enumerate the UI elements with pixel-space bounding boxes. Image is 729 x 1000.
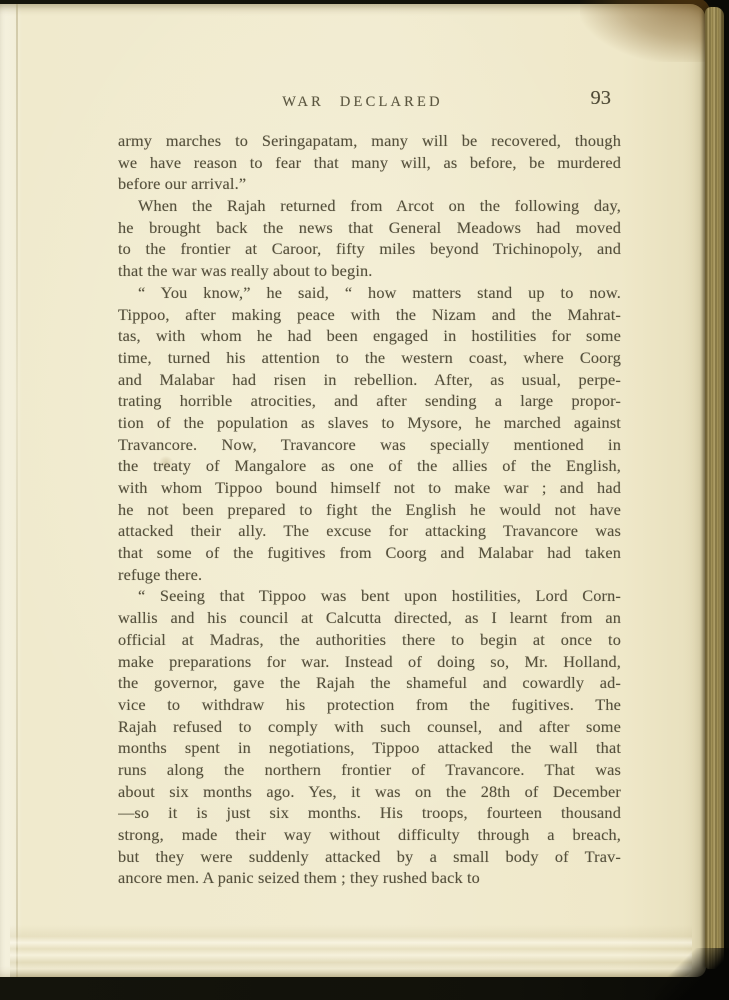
body-text: army marches to Seringapatam, many will …: [118, 130, 621, 889]
text-line: the treaty of Mangalore as one of the al…: [118, 455, 621, 477]
text-line: tion of the population as slaves to Myso…: [118, 412, 621, 434]
text-line: refuge there.: [118, 564, 621, 586]
text-line: Tippoo, after making peace with the Niza…: [118, 304, 621, 326]
text-line: runs along the northern frontier of Trav…: [118, 759, 621, 781]
text-line: Travancore. Now, Travancore was speciall…: [118, 434, 621, 456]
text-line: before our arrival.”: [118, 173, 621, 195]
background-corner-shadow: [655, 948, 729, 1000]
book-fore-edge-pages: [705, 7, 724, 969]
text-line: strong, made their way without difficult…: [118, 824, 621, 846]
text-line: with whom Tippoo bound himself not to ma…: [118, 477, 621, 499]
text-line: “ You know,” he said, “ how matters stan…: [118, 282, 621, 304]
text-line: Rajah refused to comply with such counse…: [118, 716, 621, 738]
scanned-book-photo: WAR DECLARED 93 army marches to Seringap…: [0, 0, 729, 1000]
text-line: ancore men. A panic seized them ; they r…: [118, 867, 621, 889]
text-line: the governor, gave the Rajah the shamefu…: [118, 672, 621, 694]
page-gutter-crease: [16, 4, 18, 977]
text-line: he brought back the news that General Me…: [118, 217, 621, 239]
text-line: official at Madras, the authorities ther…: [118, 629, 621, 651]
text-line: he not been prepared to fight the Englis…: [118, 499, 621, 521]
text-line: but they were suddenly attacked by a sma…: [118, 846, 621, 868]
running-title: WAR DECLARED: [282, 94, 443, 111]
text-line: about six months ago. Yes, it was on the…: [118, 781, 621, 803]
page-header: WAR DECLARED 93: [118, 88, 621, 116]
text-line: and Malabar had risen in rebellion. Afte…: [118, 369, 621, 391]
text-line: army marches to Seringapatam, many will …: [118, 130, 621, 152]
text-line: wallis and his council at Calcutta direc…: [118, 607, 621, 629]
text-line: When the Rajah returned from Arcot on th…: [118, 195, 621, 217]
text-line: trating horrible atrocities, and after s…: [118, 390, 621, 412]
text-line: that some of the fugitives from Coorg an…: [118, 542, 621, 564]
text-line: time, turned his attention to the wester…: [118, 347, 621, 369]
page-bottom-edge-shading: [10, 925, 692, 977]
page-corner-stain: [580, 0, 710, 62]
book-page: WAR DECLARED 93 army marches to Seringap…: [0, 4, 706, 977]
text-line: that the war was really about to begin.: [118, 260, 621, 282]
text-line: tas, with whom he had been engaged in ho…: [118, 325, 621, 347]
text-line: months spent in negotiations, Tippoo att…: [118, 737, 621, 759]
text-line: —so it is just six months. His troops, f…: [118, 802, 621, 824]
text-line: make preparations for war. Instead of do…: [118, 651, 621, 673]
text-line: we have reason to fear that many will, a…: [118, 152, 621, 174]
text-line: to the frontier at Caroor, fifty miles b…: [118, 238, 621, 260]
text-line: “ Seeing that Tippoo was bent upon hosti…: [118, 585, 621, 607]
page-number: 93: [591, 87, 612, 110]
text-line: vice to withdraw his protection from the…: [118, 694, 621, 716]
text-line: attacked their ally. The excuse for atta…: [118, 520, 621, 542]
